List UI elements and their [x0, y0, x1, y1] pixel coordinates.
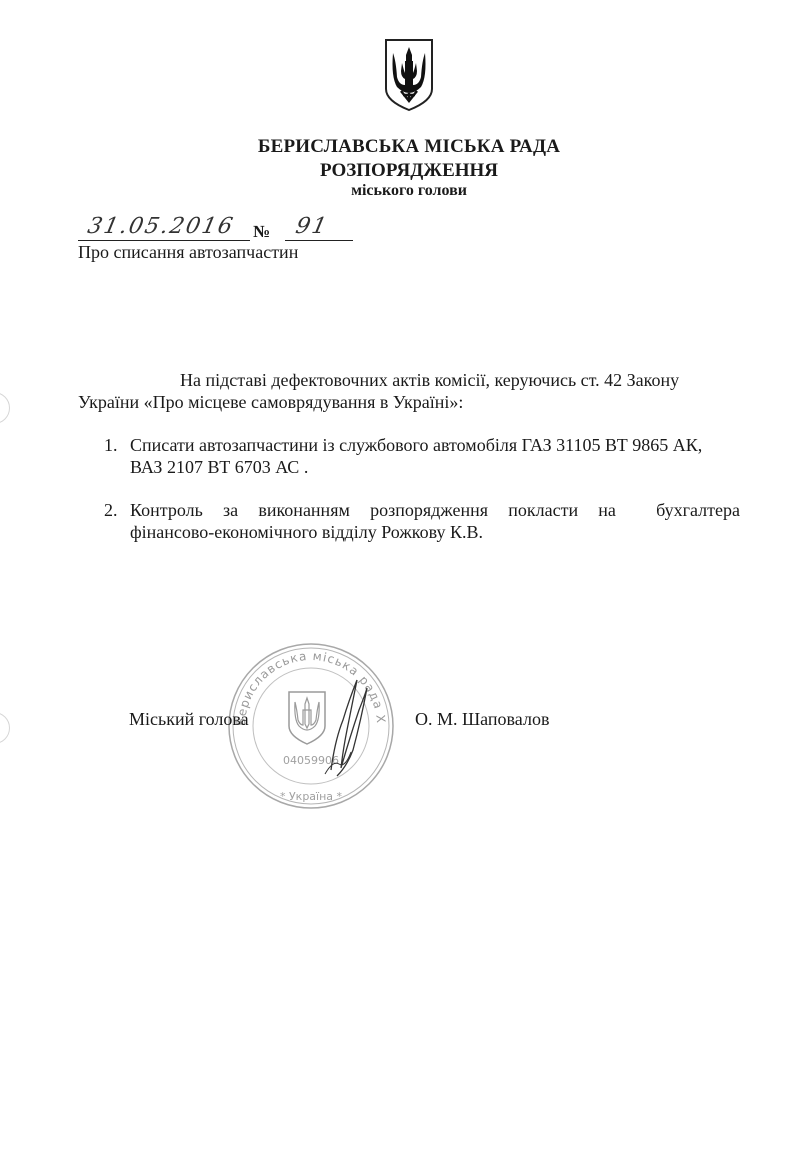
word: Контроль	[130, 499, 203, 521]
organization-name: БЕРИСЛАВСЬКА МІСЬКА РАДА	[0, 136, 800, 158]
word: бухгалтера	[656, 499, 740, 521]
document-subject: Про списання автозапчастин	[78, 242, 298, 263]
stamp-outer-text: Бериславська міська рада Херсонської обл…	[225, 640, 388, 726]
svg-text:* Україна *: * Україна *	[280, 790, 343, 803]
preamble-line-1: На підставі дефектовочних актів комісії,…	[180, 369, 679, 391]
trident-emblem-icon	[383, 37, 435, 113]
handwritten-date: 31.05.2016	[85, 214, 236, 239]
word: за	[223, 499, 238, 521]
signatory-name: О. М. Шаповалов	[415, 709, 549, 730]
punch-hole	[0, 712, 10, 744]
preamble-line-2: України «Про місцеве самоврядування в Ук…	[78, 391, 463, 413]
item-line-2: фінансово-економічного відділу Рожкову К…	[130, 521, 483, 543]
item-line-1: Контроль за виконанням розпорядження пок…	[130, 499, 740, 521]
number-underline	[285, 240, 353, 241]
svg-text:04059906: 04059906	[283, 754, 339, 767]
number-sign: №	[253, 222, 270, 242]
item-number: 1.	[104, 434, 118, 456]
document-type: РОЗПОРЯДЖЕННЯ	[0, 160, 800, 182]
date-underline	[78, 240, 250, 241]
signatory-title: Міський голова	[129, 709, 249, 730]
word: покласти	[508, 499, 578, 521]
word: розпорядження	[370, 499, 488, 521]
punch-hole	[0, 392, 10, 424]
item-line-2: ВАЗ 2107 ВТ 6703 АС .	[130, 456, 308, 478]
item-number: 2.	[104, 499, 118, 521]
document-subtype: міського голови	[0, 182, 800, 200]
handwritten-number: 91	[293, 214, 330, 239]
svg-text:Бериславська міська рада Херсо: Бериславська міська рада Херсонської обл…	[225, 640, 388, 726]
word: на	[598, 499, 616, 521]
word: виконанням	[258, 499, 350, 521]
official-stamp-icon: Бериславська міська рада Херсонської обл…	[225, 640, 397, 812]
item-line-1: Списати автозапчастини із службового авт…	[130, 434, 702, 456]
